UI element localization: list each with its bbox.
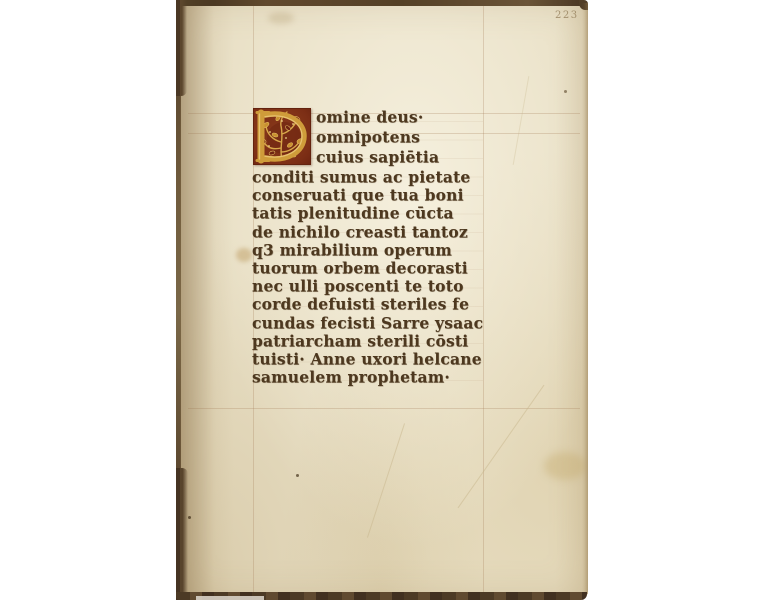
parchment-page: 223: [176, 0, 588, 600]
manuscript-scan-canvas: 223: [0, 0, 768, 600]
ruling-line-vertical-right: [483, 0, 484, 600]
illuminated-initial-d: [253, 108, 311, 165]
text-line: conditi sumus ac pietate: [252, 169, 471, 186]
manuscript-photo: 223: [176, 0, 588, 600]
text-line: cuius sapiētia: [316, 149, 439, 166]
vellum-vein: [458, 385, 545, 508]
text-line: samuelem prophetam·: [252, 369, 450, 386]
book-top-edge: [176, 0, 585, 6]
text-line: nec ulli poscenti te toto: [252, 278, 464, 295]
bottom-edge-notch: [196, 596, 264, 600]
ruling-line-horizontal-bottom: [188, 408, 580, 409]
text-line: tuisti· Anne uxori helcane: [252, 351, 482, 368]
folio-number: 223: [555, 10, 579, 21]
text-line: conseruati que tua boni: [252, 187, 464, 204]
text-line: q3 mirabilium operum: [252, 242, 452, 259]
text-line: cundas fecisti Sarre ysaac: [252, 315, 483, 332]
text-line: patriarcham sterili cōsti: [252, 333, 468, 350]
text-line: corde defuisti steriles fe: [252, 296, 469, 313]
vellum-vein: [513, 76, 530, 165]
text-line: tatis plenitudine cūcta: [252, 205, 454, 222]
text-line: de nichilo creasti tantoz: [252, 224, 468, 241]
text-line: tuorum orbem decorasti: [252, 260, 468, 277]
gutter-shadow: [180, 0, 214, 600]
stain: [268, 12, 294, 24]
page-fore-edge: [582, 3, 588, 594]
text-line: omine deus·: [316, 109, 423, 126]
stain: [236, 248, 252, 262]
initial-d-artwork: [253, 108, 311, 165]
stain: [544, 452, 586, 480]
speck: [564, 90, 567, 93]
text-line: omnipotens: [316, 129, 420, 146]
vellum-vein: [367, 423, 405, 537]
speck: [296, 474, 299, 477]
